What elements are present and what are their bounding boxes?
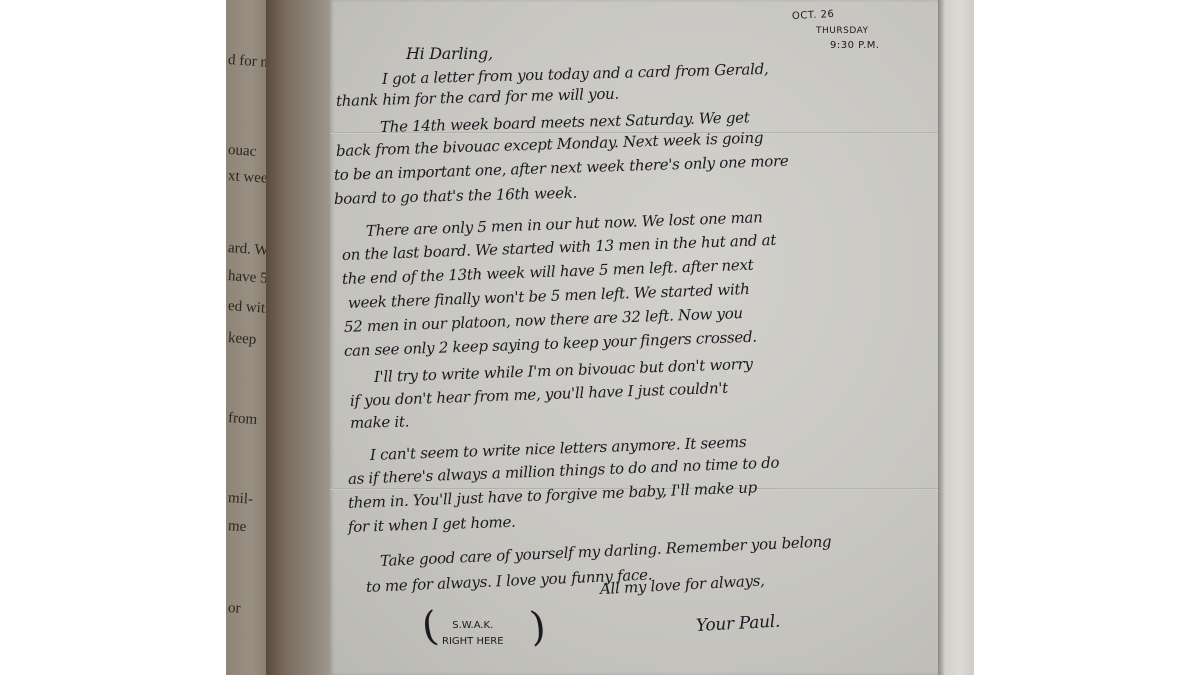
left-page-text-fragment: keep [227, 330, 256, 349]
left-page-text-fragment: ed with [227, 298, 268, 318]
swak-note-line1: S.W.A.K. [442, 618, 504, 634]
letter-line: I got a letter from you today and a card… [382, 60, 769, 88]
right-parenthesis: ) [528, 603, 548, 650]
left-parenthesis: ( [419, 603, 441, 651]
right-page-edge [938, 0, 974, 675]
letter-body: I got a letter from you today and a card… [330, 30, 940, 590]
left-book-page: d for meouacxt weekard. Wehave 5ed withk… [226, 0, 268, 675]
letter-date: OCT. 26 [792, 9, 835, 22]
book-gutter [266, 0, 332, 675]
swak-note-line2: RIGHT HERE [442, 634, 504, 650]
letter-line: thank him for the card for me will you. [336, 85, 619, 110]
left-page-text-fragment: xt week [227, 168, 268, 188]
letter-signature: Your Paul. [695, 612, 780, 636]
book-photo: d for meouacxt weekard. Wehave 5ed withk… [226, 0, 974, 675]
letter-line: make it. [350, 412, 410, 432]
letter-line: Take good care of yourself my darling. R… [380, 532, 832, 570]
handwritten-letter: OCT. 26 THURSDAY 9:30 P.M. Hi Darling, I… [330, 0, 940, 675]
letter-line: board to go that's the 16th week. [334, 184, 577, 208]
swak-note: S.W.A.K. RIGHT HERE [442, 618, 504, 650]
left-page-text-fragment: me [227, 518, 246, 536]
left-page-text-fragment: d for me [227, 52, 268, 73]
left-page-text-fragment: have 5 [227, 268, 268, 288]
left-page-text-fragment: ouac [227, 142, 256, 161]
left-page-text-fragment: from [227, 410, 257, 429]
left-page-text-fragment: ard. We [227, 240, 268, 260]
letter-line: for it when I get home. [348, 513, 516, 536]
left-page-text-fragment: or [227, 600, 241, 618]
left-page-text-fragment: mil- [227, 490, 253, 509]
